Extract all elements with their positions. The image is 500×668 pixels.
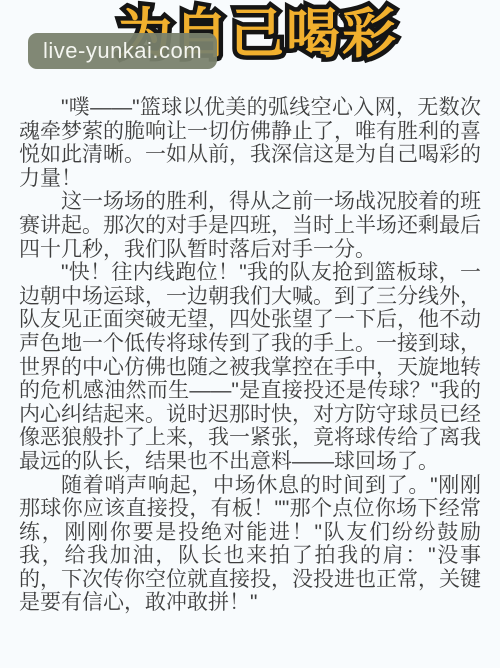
watermark-text: live-yunkai.com [43, 38, 202, 63]
paragraph-3: "快！往内线跑位！"我的队友抢到篮板球，一边朝中场运球，一边朝我们大喊。到了三分… [19, 261, 481, 473]
watermark-badge: live-yunkai.com [28, 33, 217, 69]
article-body: "噗——"篮球以优美的弧线空心入网，无数次魂牵梦萦的脆响让一切仿佛静止了，唯有胜… [19, 96, 481, 615]
document-page: 为自己喝彩 为自己喝彩 live-yunkai.com "噗——"篮球以优美的弧… [0, 0, 500, 668]
paragraph-2: 这一场场的胜利，得从之前一场战况胶着的班赛讲起。那次的对手是四班，当时上半场还剩… [19, 190, 481, 261]
paragraph-1: "噗——"篮球以优美的弧线空心入网，无数次魂牵梦萦的脆响让一切仿佛静止了，唯有胜… [19, 96, 481, 190]
paragraph-4: 随着哨声响起，中场休息的时间到了。"刚刚那球你应该直接投，有板！""那个点位你场… [19, 474, 481, 616]
